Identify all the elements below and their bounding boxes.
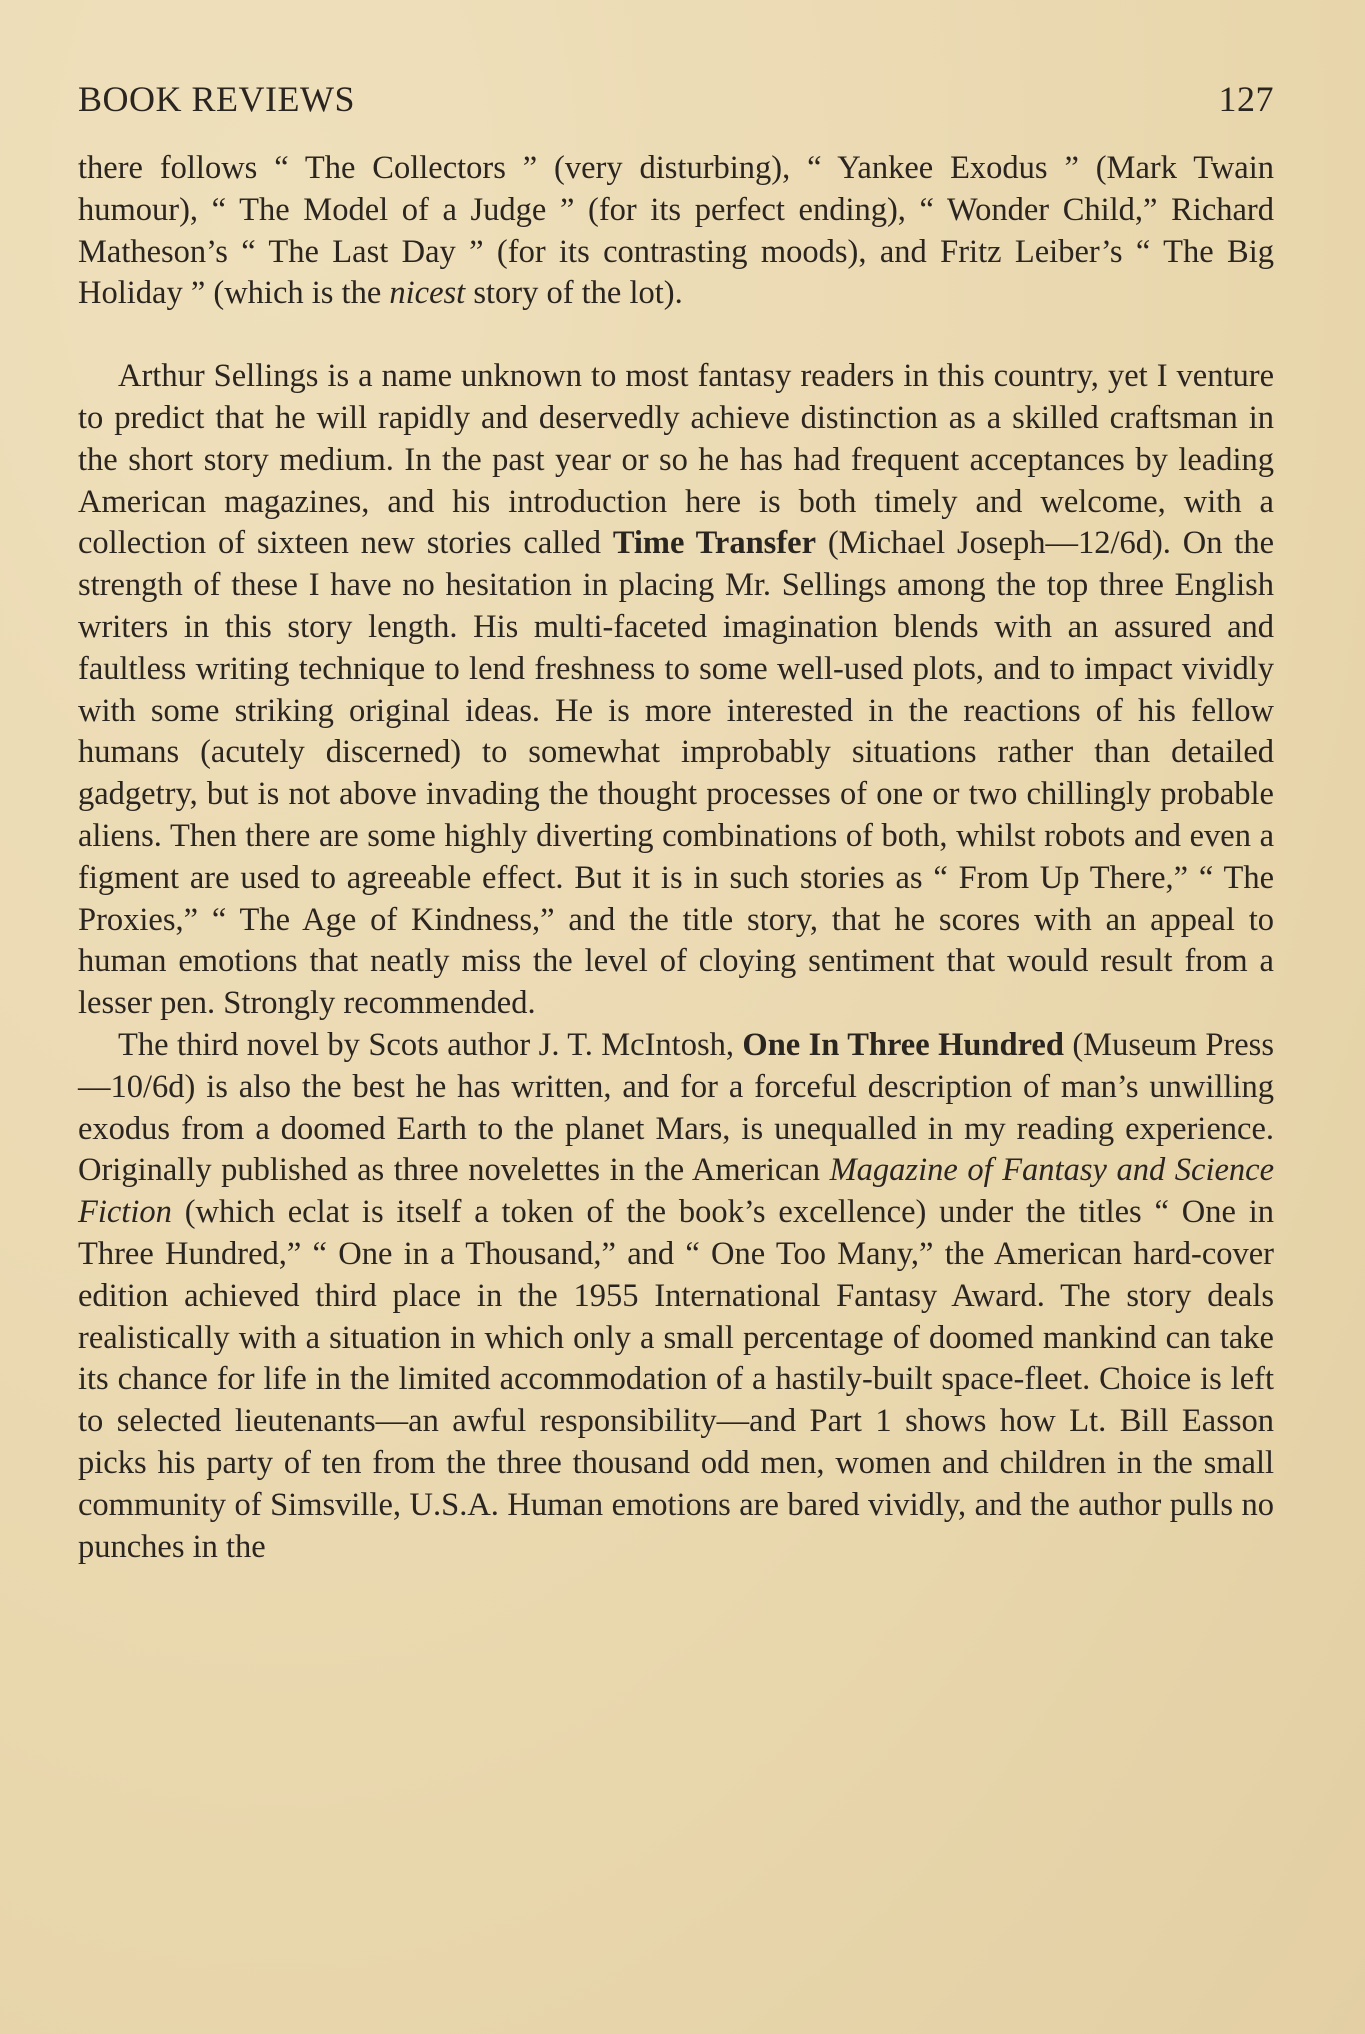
paragraph-one-in-three-hundred-review: The third novel by Scots author J. T. Mc… xyxy=(78,1025,1274,1568)
book-page: BOOK REVIEWS 127 there follows “ The Col… xyxy=(78,78,1274,1568)
book-title: Time Transfer xyxy=(613,525,816,561)
page-number: 127 xyxy=(1219,78,1275,120)
body-text: (which eclat is itself a token of the bo… xyxy=(78,1194,1274,1564)
paragraph-continuation: there follows “ The Collectors ” (very d… xyxy=(78,148,1274,315)
body-text: The third novel by Scots author J. T. Mc… xyxy=(118,1027,742,1063)
body-text: (Michael Joseph—12/6d). On the strength … xyxy=(78,525,1274,1021)
paragraph-time-transfer-review: Arthur Sellings is a name unknown to mos… xyxy=(78,356,1274,1025)
body-text: story of the lot). xyxy=(465,275,683,311)
section-title: BOOK REVIEWS xyxy=(78,78,355,120)
emphasis-text: nicest xyxy=(389,275,465,311)
running-head: BOOK REVIEWS 127 xyxy=(78,78,1274,148)
book-title: One In Three Hundred xyxy=(742,1027,1064,1063)
